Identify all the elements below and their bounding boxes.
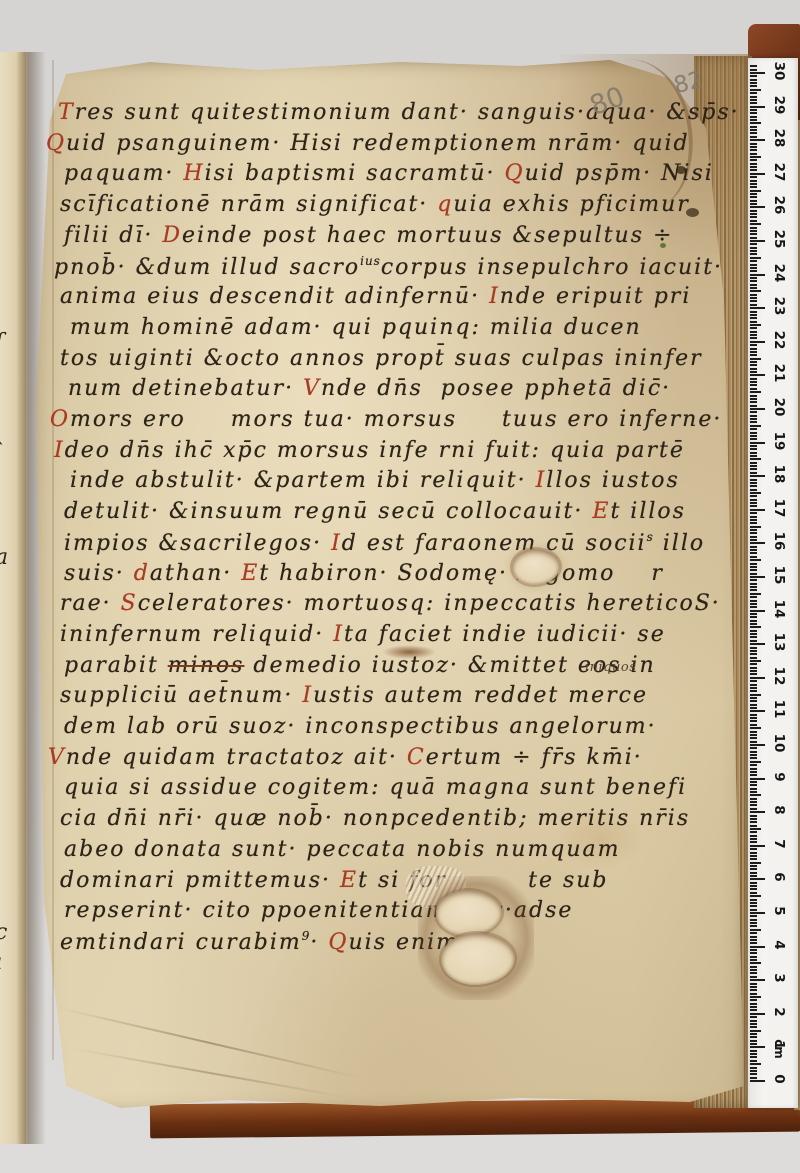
ruler-tick bbox=[750, 905, 757, 907]
ruler-tick bbox=[750, 75, 757, 77]
ruler-number-12: 12 bbox=[771, 665, 787, 687]
manuscript-line-15: impios &sacrilegos· Id est faraonem cū s… bbox=[64, 530, 705, 556]
text-segment: nde dn̄s posee pphetā dic̄· bbox=[321, 376, 671, 401]
rubric-initial: I bbox=[536, 468, 547, 493]
ruler-number-0: 0 bbox=[771, 1068, 787, 1090]
text-segment: dominari pmittemus· bbox=[60, 868, 340, 893]
ruler-tick bbox=[750, 710, 765, 712]
ruler-tick bbox=[750, 358, 761, 360]
ruler-tick bbox=[750, 700, 757, 702]
ruler-tick bbox=[750, 206, 765, 208]
ruler-tick bbox=[750, 72, 765, 74]
ruler-tick bbox=[750, 687, 757, 689]
ruler-tick bbox=[750, 613, 757, 615]
ruler-tick bbox=[750, 1050, 757, 1052]
ruler-tick bbox=[750, 559, 761, 561]
ruler-tick bbox=[750, 522, 757, 524]
ruler-tick bbox=[750, 499, 757, 501]
ruler-tick bbox=[750, 603, 757, 605]
ruler-tick bbox=[750, 1067, 757, 1069]
text-segment: mum hominē adam· qui pquinq: milia ducen bbox=[70, 315, 642, 340]
ruler-tick bbox=[750, 106, 765, 108]
ruler-tick bbox=[750, 1023, 757, 1025]
rubric-initial: O bbox=[50, 407, 70, 432]
ruler-tick bbox=[750, 354, 757, 356]
ruler-tick bbox=[750, 1033, 757, 1035]
ruler-tick bbox=[750, 85, 757, 87]
ruler-tick bbox=[750, 159, 757, 161]
ruler-tick bbox=[750, 233, 757, 235]
ruler-tick bbox=[750, 146, 757, 148]
ruler-tick bbox=[750, 173, 765, 175]
ruler-tick bbox=[750, 485, 757, 487]
ruler-tick bbox=[750, 361, 757, 363]
ruler-number-16: 16 bbox=[771, 530, 787, 552]
text-segment: athan· bbox=[150, 561, 241, 586]
ruler-tick bbox=[750, 882, 757, 884]
ruler-tick bbox=[750, 818, 757, 820]
ruler-tick bbox=[750, 764, 757, 766]
ruler-tick bbox=[750, 65, 757, 67]
ruler-number-25: 25 bbox=[771, 228, 787, 250]
ruler-number-1: 1 bbox=[771, 1034, 787, 1056]
ruler-tick bbox=[750, 186, 757, 188]
ruler-tick bbox=[750, 395, 757, 397]
ruler-tick bbox=[750, 586, 757, 588]
ruler-tick bbox=[750, 949, 757, 951]
ruler-tick bbox=[750, 536, 757, 538]
manuscript-line-7: anima eius descendit adinfernū· Inde eri… bbox=[60, 284, 691, 309]
ruler-tick bbox=[750, 895, 761, 897]
rubric-initial: I bbox=[489, 284, 500, 309]
ruler-number-6: 6 bbox=[771, 866, 787, 888]
rubric-initial: V bbox=[48, 745, 66, 770]
ruler-tick bbox=[750, 899, 757, 901]
ruler-tick bbox=[750, 784, 757, 786]
ruler-tick bbox=[750, 290, 761, 292]
ruler-tick bbox=[750, 872, 757, 874]
ruler-tick bbox=[750, 673, 757, 675]
ruler-tick bbox=[750, 341, 765, 343]
ruler-tick bbox=[750, 741, 757, 743]
ruler-number-10: 10 bbox=[771, 732, 787, 754]
ruler-tick bbox=[750, 862, 761, 864]
ruler-tick bbox=[750, 270, 757, 272]
ruler-tick bbox=[750, 626, 761, 628]
manuscript-line-8: mum hominē adam· qui pquinq: milia ducen bbox=[70, 315, 642, 340]
ruler-tick bbox=[750, 428, 757, 430]
ruler-tick bbox=[750, 89, 761, 91]
facing-page-letter-fragment: a bbox=[0, 545, 8, 570]
text-segment: illo bbox=[654, 531, 705, 556]
text-segment: uid psp̄m· Nisi bbox=[525, 161, 714, 186]
ruler-tick bbox=[750, 526, 761, 528]
ruler-tick bbox=[750, 492, 761, 494]
ruler-number-27: 27 bbox=[771, 161, 787, 183]
ruler-tick bbox=[750, 331, 757, 333]
text-segment: ustis autem reddet merce bbox=[313, 683, 648, 708]
ruler-tick bbox=[750, 774, 757, 776]
text-segment: paquam· bbox=[64, 161, 183, 186]
ruler-tick bbox=[750, 579, 757, 581]
ruler-tick bbox=[750, 650, 757, 652]
manuscript-line-14: detulit· &insuum regnū secū collocauit· … bbox=[64, 499, 686, 524]
ruler-tick bbox=[750, 334, 757, 336]
ruler-tick bbox=[750, 274, 765, 276]
ruler-tick bbox=[750, 596, 757, 598]
text-segment: filii dī· bbox=[64, 223, 162, 248]
ruler-tick bbox=[750, 109, 757, 111]
ruler-tick bbox=[750, 768, 757, 770]
ruler-tick bbox=[750, 1003, 757, 1005]
ruler-tick bbox=[750, 573, 757, 575]
ruler-tick bbox=[750, 250, 757, 252]
manuscript-line-4: scīficationē nrām significat· quia exhis… bbox=[60, 192, 690, 217]
rubric-initial: E bbox=[340, 868, 358, 893]
ruler-tick bbox=[750, 143, 757, 145]
ruler-tick bbox=[750, 556, 757, 558]
ruler-tick bbox=[750, 505, 757, 507]
ruler-tick bbox=[750, 408, 765, 410]
ruler-tick bbox=[750, 1070, 757, 1072]
ruler-tick bbox=[750, 253, 757, 255]
ruler-tick bbox=[750, 542, 765, 544]
ruler-tick bbox=[750, 371, 757, 373]
ruler-number-23: 23 bbox=[771, 295, 787, 317]
ruler-tick bbox=[750, 643, 765, 645]
ruler-tick bbox=[750, 82, 757, 84]
ruler-tick bbox=[750, 267, 757, 269]
ruler-tick bbox=[750, 99, 757, 101]
ruler-tick bbox=[750, 888, 757, 890]
ruler-tick bbox=[750, 714, 757, 716]
facing-page-letter-fragment: c bbox=[0, 920, 7, 945]
text-segment: deo dn̄s ihc̄ xp̄c morsus infe rni fuit:… bbox=[65, 438, 685, 463]
measurement-ruler: cm 0123456789101112131415161718192021222… bbox=[748, 58, 798, 1108]
text-segment: scīficationē nrām significat· bbox=[60, 192, 437, 217]
rubric-initial: Q bbox=[505, 161, 525, 186]
manuscript-line-19: parabit minos demedio iustoz· &mittet eo… bbox=[64, 653, 656, 678]
rubric-initial: V bbox=[303, 376, 321, 401]
rubric-initial: C bbox=[407, 745, 426, 770]
text-segment: ertum ÷ fr̄s km̄i· bbox=[426, 745, 643, 770]
ruler-tick bbox=[750, 589, 757, 591]
ruler-tick bbox=[750, 539, 757, 541]
text-segment: isi baptismi sacramtū· bbox=[205, 161, 505, 186]
ruler-tick bbox=[750, 670, 757, 672]
ruler-tick bbox=[750, 835, 757, 837]
ruler-tick bbox=[750, 405, 757, 407]
ruler-tick bbox=[750, 532, 757, 534]
ruler-tick bbox=[750, 200, 757, 202]
manuscript-line-25: abeo donata sunt· peccata nobis numquam bbox=[64, 837, 621, 862]
ruler-tick bbox=[750, 962, 761, 964]
ruler-number-28: 28 bbox=[771, 127, 787, 149]
rubric-initial: q bbox=[437, 192, 453, 217]
text-segment: suis· bbox=[64, 561, 134, 586]
ruler-tick bbox=[750, 495, 757, 497]
ruler-tick bbox=[750, 653, 757, 655]
ruler-tick bbox=[750, 999, 757, 1001]
ruler-tick bbox=[750, 915, 757, 917]
facing-page-letter-fragment: ſ bbox=[0, 330, 3, 355]
manuscript-line-9: tos uiginti &octo annos propt̄ suas culp… bbox=[60, 346, 703, 371]
ruler-tick bbox=[750, 966, 757, 968]
ruler-tick bbox=[750, 1013, 765, 1015]
ruler-tick bbox=[750, 502, 757, 504]
ruler-tick bbox=[750, 616, 757, 618]
ruler-tick bbox=[750, 304, 757, 306]
ruler-tick bbox=[750, 411, 757, 413]
text-segment: ius bbox=[360, 254, 381, 268]
ruler-number-5: 5 bbox=[771, 900, 787, 922]
ruler-tick bbox=[750, 794, 761, 796]
ruler-tick bbox=[750, 297, 757, 299]
text-segment: quia si assidue cogitem: quā magna sunt … bbox=[64, 775, 687, 800]
ruler-number-24: 24 bbox=[771, 262, 787, 284]
ruler-tick bbox=[750, 324, 761, 326]
manuscript-line-23: quia si assidue cogitem: quā magna sunt … bbox=[64, 775, 687, 800]
ruler-tick bbox=[750, 848, 757, 850]
ruler-number-17: 17 bbox=[771, 497, 787, 519]
ruler-tick bbox=[750, 663, 757, 665]
ruler-tick bbox=[750, 821, 757, 823]
manuscript-line-17: rae· Sceleratores· mortuosq: inpeccatis … bbox=[60, 591, 721, 616]
ruler-tick bbox=[750, 216, 757, 218]
ruler-tick bbox=[750, 277, 757, 279]
ruler-tick bbox=[750, 771, 757, 773]
ruler-tick bbox=[750, 102, 757, 104]
ruler-tick bbox=[750, 203, 757, 205]
ruler-tick bbox=[750, 1026, 757, 1028]
ruler-tick bbox=[750, 425, 761, 427]
text-segment: d est faraonem cū socii bbox=[342, 531, 647, 556]
ruler-tick bbox=[750, 260, 757, 262]
ruler-tick bbox=[750, 116, 757, 118]
ruler-tick bbox=[750, 831, 757, 833]
ruler-tick bbox=[750, 240, 765, 242]
manuscript-line-22: Vnde quidam tractatoz ait· Certum ÷ fr̄s… bbox=[48, 745, 643, 770]
ruler-tick bbox=[750, 868, 757, 870]
ruler-tick bbox=[750, 690, 757, 692]
ruler-tick bbox=[750, 344, 757, 346]
ruler-tick bbox=[750, 223, 761, 225]
rubric-initial: I bbox=[302, 683, 313, 708]
ruler-tick bbox=[750, 546, 757, 548]
ruler-tick bbox=[750, 294, 757, 296]
ruler-tick bbox=[750, 704, 757, 706]
text-segment: detulit· &insuum regnū secū collocauit· bbox=[64, 499, 592, 524]
ruler-tick bbox=[750, 378, 757, 380]
ruler-number-15: 15 bbox=[771, 564, 787, 586]
ruler-tick bbox=[750, 442, 765, 444]
manuscript-line-11: Omors ero mors tua· morsus tuus ero infe… bbox=[50, 407, 722, 432]
ruler-tick bbox=[750, 720, 757, 722]
text-segment: anima eius descendit adinfernū· bbox=[60, 284, 489, 309]
ruler-tick bbox=[750, 677, 765, 679]
ruler-tick bbox=[750, 552, 757, 554]
ruler-tick bbox=[750, 139, 765, 141]
ruler-tick bbox=[750, 166, 757, 168]
text-segment: inde abstulit· &partem ibi reliquit· bbox=[70, 468, 536, 493]
ruler-tick bbox=[750, 972, 757, 974]
ruler-tick bbox=[750, 193, 757, 195]
ruler-tick bbox=[750, 284, 757, 286]
ruler-tick bbox=[750, 183, 757, 185]
ruler-tick bbox=[750, 348, 757, 350]
ruler-tick bbox=[750, 1077, 757, 1079]
ruler-tick bbox=[750, 885, 757, 887]
ruler-tick bbox=[750, 257, 761, 259]
ruler-tick bbox=[750, 472, 757, 474]
ruler-tick bbox=[750, 694, 761, 696]
text-segment: mors ero mors tua· morsus tuus ero infer… bbox=[70, 407, 722, 432]
ruler-tick bbox=[750, 852, 757, 854]
text-segment: pnob̄· &dum illud sacro bbox=[54, 255, 360, 280]
text-segment: dem lab orū suoz· inconspectibus angelor… bbox=[64, 714, 657, 739]
ruler-tick bbox=[750, 593, 761, 595]
ruler-tick bbox=[750, 808, 757, 810]
ruler-number-8: 8 bbox=[771, 799, 787, 821]
ruler-tick bbox=[750, 465, 757, 467]
ruler-tick bbox=[750, 798, 757, 800]
rubric-initial: S bbox=[121, 591, 138, 616]
ruler-tick bbox=[750, 549, 757, 551]
ruler-tick bbox=[750, 1073, 757, 1075]
ruler-tick bbox=[750, 381, 757, 383]
ruler-tick bbox=[750, 384, 757, 386]
ruler-tick bbox=[750, 280, 757, 282]
ruler-tick bbox=[750, 986, 757, 988]
ruler-tick bbox=[750, 519, 757, 521]
ruler-tick bbox=[750, 435, 757, 437]
ruler-tick bbox=[750, 855, 757, 857]
ruler-tick bbox=[750, 761, 761, 763]
ruler-tick bbox=[750, 744, 765, 746]
manuscript-line-2: Quid psanguinem· Hisi redemptionem nrām·… bbox=[46, 131, 690, 156]
text-segment: celeratores· mortuosq: inpeccatis hereti… bbox=[138, 591, 721, 616]
ruler-number-14: 14 bbox=[771, 598, 787, 620]
ruler-tick bbox=[750, 307, 765, 309]
ruler-tick bbox=[750, 747, 757, 749]
ruler-tick bbox=[750, 922, 757, 924]
ruler-tick bbox=[750, 791, 757, 793]
ruler-tick bbox=[750, 946, 765, 948]
text-segment: uid psanguinem· Hisi redemptionem nrām· … bbox=[66, 131, 690, 156]
ruler-tick bbox=[750, 566, 757, 568]
ruler-tick bbox=[750, 657, 757, 659]
ruler-tick bbox=[750, 600, 757, 602]
ruler-tick bbox=[750, 757, 757, 759]
ruler-tick bbox=[750, 936, 757, 938]
ruler-tick bbox=[750, 237, 757, 239]
ruler-tick bbox=[750, 929, 761, 931]
text-segment: uia exhis pficimur bbox=[453, 192, 689, 217]
ruler-tick bbox=[750, 583, 757, 585]
manuscript-line-28: emtindari curabim9· Quis enim bbox=[60, 929, 459, 955]
ruler-tick bbox=[750, 1046, 765, 1048]
text-segment: · bbox=[310, 930, 328, 955]
ruler-tick bbox=[750, 1060, 757, 1062]
ruler-tick bbox=[750, 623, 757, 625]
facing-page-letter-fragment: ‸ bbox=[0, 420, 2, 445]
ruler-tick bbox=[750, 610, 765, 612]
manuscript-line-16: suis· dathan· Et habiron· Sodomę· Etgomo… bbox=[64, 561, 664, 586]
facing-page-letter-fragment: ı bbox=[0, 950, 2, 975]
ruler-tick bbox=[750, 169, 757, 171]
ruler-tick bbox=[750, 482, 757, 484]
ruler-tick bbox=[750, 815, 757, 817]
ruler-tick bbox=[750, 196, 757, 198]
ruler-tick bbox=[750, 112, 757, 114]
text-segment: t habiron· Sodomę· bbox=[259, 561, 517, 586]
ruler-number-13: 13 bbox=[771, 631, 787, 653]
ruler-tick bbox=[750, 92, 757, 94]
ruler-tick bbox=[750, 875, 757, 877]
ruler-tick bbox=[750, 287, 757, 289]
ruler-tick bbox=[750, 606, 757, 608]
ruler-tick bbox=[750, 734, 757, 736]
ruler-tick bbox=[750, 801, 757, 803]
ruler-tick bbox=[750, 149, 757, 151]
ruler-number-18: 18 bbox=[771, 463, 787, 485]
text-segment: llos iustos bbox=[546, 468, 679, 493]
facing-page-letter-fragment: · bbox=[0, 283, 2, 308]
rubric-initial: H bbox=[183, 161, 204, 186]
ruler-tick bbox=[750, 516, 757, 518]
ruler-tick bbox=[750, 1053, 757, 1055]
ruler-tick bbox=[750, 737, 757, 739]
ruler-tick bbox=[750, 368, 757, 370]
ruler-tick bbox=[750, 983, 757, 985]
text-segment: parabit bbox=[64, 653, 168, 678]
ruler-tick bbox=[750, 398, 757, 400]
manuscript-line-1: Tres sunt quitestimonium dant· sanguis·a… bbox=[58, 100, 740, 125]
ruler-tick bbox=[750, 697, 757, 699]
ruler-tick bbox=[750, 902, 757, 904]
ruler-tick bbox=[750, 180, 757, 182]
ruler-tick bbox=[750, 1030, 761, 1032]
ruler-tick bbox=[750, 976, 757, 978]
ruler-tick bbox=[750, 996, 761, 998]
ruler-tick bbox=[750, 79, 757, 81]
ruler-tick bbox=[750, 391, 761, 393]
ruler-number-22: 22 bbox=[771, 329, 787, 351]
ruler-tick bbox=[750, 264, 757, 266]
ruler-tick bbox=[750, 858, 757, 860]
manuscript-line-5: filii dī· Deinde post haec mortuus &sepu… bbox=[64, 223, 673, 248]
ruler-tick bbox=[750, 455, 757, 457]
ruler-tick bbox=[750, 321, 757, 323]
text-segment: tos uiginti &octo annos propt̄ suas culp… bbox=[60, 346, 703, 371]
text-segment: nde quidam tractatoz ait· bbox=[66, 745, 407, 770]
ruler-tick bbox=[750, 647, 757, 649]
rubric-initial: I bbox=[333, 622, 344, 647]
ruler-tick bbox=[750, 969, 757, 971]
text-segment: emtindari curabim bbox=[60, 930, 302, 955]
manuscript-line-10: num detinebatur· Vnde dn̄s posee pphetā … bbox=[68, 376, 671, 401]
ruler-tick bbox=[750, 129, 757, 131]
ruler-tick bbox=[750, 576, 765, 578]
ruler-tick bbox=[750, 804, 757, 806]
ruler-number-21: 21 bbox=[771, 362, 787, 384]
ruler-tick bbox=[750, 925, 757, 927]
ruler-tick bbox=[750, 660, 761, 662]
ruler-tick bbox=[750, 838, 757, 840]
text-segment: corpus insepulchro iacuit· bbox=[381, 255, 723, 280]
text-segment: res sunt quitestimonium dant· sanguis·aq… bbox=[75, 100, 740, 125]
ruler-tick bbox=[750, 364, 757, 366]
